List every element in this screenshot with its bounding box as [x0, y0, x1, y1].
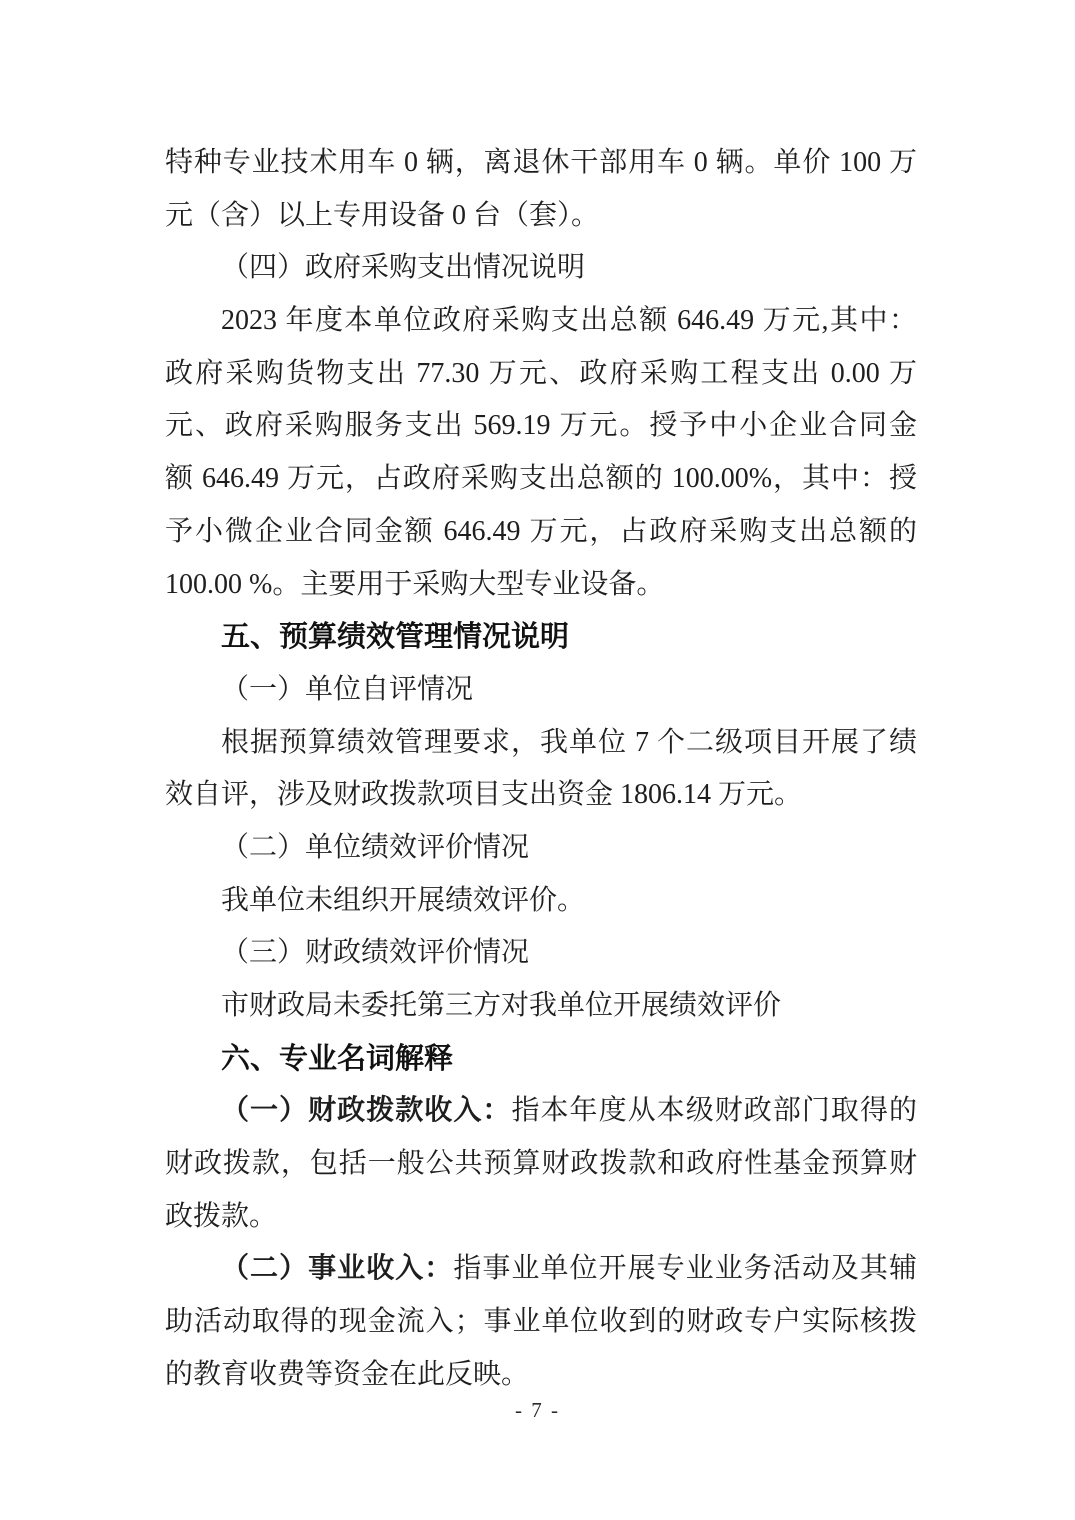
body-text-line: 根据预算绩效管理要求，我单位 7 个二级项目开展了绩	[165, 717, 917, 770]
document-page: 特种专业技术用车 0 辆，离退休干部用车 0 辆。单价 100 万 元（含）以上…	[0, 0, 1075, 1520]
section-heading-terminology: 六、专业名词解释	[165, 1033, 917, 1086]
term-definition-text: 指本年度从本级财政部门取得的	[511, 1095, 917, 1126]
subsection-heading-self-evaluation: （一）单位自评情况	[165, 664, 917, 717]
body-text-line: 100.00 %。主要用于采购大型专业设备。	[165, 559, 917, 612]
body-text-line: 特种专业技术用车 0 辆，离退休干部用车 0 辆。单价 100 万	[165, 137, 917, 190]
body-text-line: 助活动取得的现金流入；事业单位收到的财政专户实际核拨	[165, 1296, 917, 1349]
body-text-line: 予小微企业合同金额 646.49 万元，占政府采购支出总额的	[165, 506, 917, 559]
body-text-line: 元（含）以上专用设备 0 台（套）。	[165, 190, 917, 243]
body-text-line: 元、政府采购服务支出 569.19 万元。授予中小企业合同金	[165, 400, 917, 453]
body-text-line: 效自评，涉及财政拨款项目支出资金 1806.14 万元。	[165, 769, 917, 822]
term-label-business-income: （二）事业收入：	[221, 1253, 453, 1284]
document-body: 特种专业技术用车 0 辆，离退休干部用车 0 辆。单价 100 万 元（含）以上…	[165, 137, 917, 1402]
body-text-line: 财政拨款，包括一般公共预算财政拨款和政府性基金预算财	[165, 1138, 917, 1191]
body-text-line: 我单位未组织开展绩效评价。	[165, 875, 917, 928]
term-definition-text: 指事业单位开展专业业务活动及其辅	[453, 1253, 917, 1284]
term-label-fiscal-appropriation-income: （一）财政拨款收入：	[221, 1095, 511, 1126]
body-text-line: 政拨款。	[165, 1191, 917, 1244]
subsection-heading-fiscal-evaluation: （三）财政绩效评价情况	[165, 927, 917, 980]
body-text-line: 的教育收费等资金在此反映。	[165, 1349, 917, 1402]
body-text-line: 额 646.49 万元，占政府采购支出总额的 100.00%，其中：授	[165, 453, 917, 506]
term-definition-line: （二）事业收入：指事业单位开展专业业务活动及其辅	[165, 1243, 917, 1296]
subsection-heading-gov-procurement: （四）政府采购支出情况说明	[165, 242, 917, 295]
body-text-line: 市财政局未委托第三方对我单位开展绩效评价	[165, 980, 917, 1033]
page-number: - 7 -	[0, 1398, 1075, 1423]
body-text-line: 政府采购货物支出 77.30 万元、政府采购工程支出 0.00 万	[165, 348, 917, 401]
subsection-heading-unit-evaluation: （二）单位绩效评价情况	[165, 822, 917, 875]
body-text-line: 2023 年度本单位政府采购支出总额 646.49 万元,其中：	[165, 295, 917, 348]
section-heading-performance-management: 五、预算绩效管理情况说明	[165, 611, 917, 664]
term-definition-line: （一）财政拨款收入：指本年度从本级财政部门取得的	[165, 1085, 917, 1138]
